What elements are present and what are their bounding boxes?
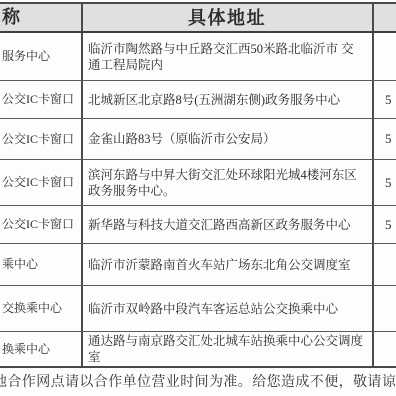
table-row: 换乘中心 通达路与南京路交汇处北城车站换乘中心公交调度室 bbox=[0, 332, 396, 366]
row-name: 公交IC卡窗口 bbox=[0, 119, 83, 159]
table-header-row: 称 具体地址 bbox=[0, 4, 396, 33]
row-phone: 5 bbox=[374, 81, 396, 118]
row-address: 北城新区北京路8号(五洲湖东侧)政务服务中心 bbox=[83, 81, 374, 118]
row-phone bbox=[374, 244, 396, 285]
row-address: 临沂市双岭路中段汽车客运总站公交换乘中心 bbox=[83, 286, 374, 331]
row-address: 临沂市沂蒙路南首火车站广场东北角公交调度室 bbox=[83, 244, 374, 285]
row-name: 服务中心 bbox=[0, 33, 83, 80]
row-phone: 5 bbox=[374, 206, 396, 243]
table-row: 公交IC卡窗口 滨河东路与中昇大街交汇处环球阳光城4楼河东区政务服务中心。 5 bbox=[0, 160, 396, 206]
row-phone: 5 bbox=[374, 160, 396, 205]
row-name: 乘中心 bbox=[0, 244, 83, 285]
row-address: 金雀山路83号（原临沂市公安局） bbox=[83, 119, 374, 159]
row-name: 公交IC卡窗口 bbox=[0, 160, 83, 205]
service-centers-table: 称 具体地址 服务中心 临沂市陶然路与中丘路交汇西50米路北临沂市 交通工程局院… bbox=[0, 2, 396, 368]
table-row: 乘中心 临沂市沂蒙路南首火车站广场东北角公交调度室 bbox=[0, 244, 396, 286]
row-name: 换乘中心 bbox=[0, 332, 83, 366]
row-phone bbox=[374, 332, 396, 366]
table-row: 服务中心 临沂市陶然路与中丘路交汇西50米路北临沂市 交通工程局院内 bbox=[0, 33, 396, 81]
row-address: 新华路与科技大道交汇路西高新区政务服务中心 bbox=[83, 206, 374, 243]
header-name-column: 称 bbox=[0, 4, 83, 31]
row-address: 滨河东路与中昇大街交汇处环球阳光城4楼河东区政务服务中心。 bbox=[83, 160, 374, 205]
footer-note: 地合作网点请以合作单位营业时间为准。给您造成不便，敬请谅解 bbox=[0, 371, 396, 391]
row-name: 公交IC卡窗口 bbox=[0, 206, 83, 243]
table-row: 公交IC卡窗口 北城新区北京路8号(五洲湖东侧)政务服务中心 5 bbox=[0, 81, 396, 119]
table-row: 公交IC卡窗口 金雀山路83号（原临沂市公安局） 5 bbox=[0, 119, 396, 160]
row-name: 交换乘中心 bbox=[0, 286, 83, 331]
table-row: 公交IC卡窗口 新华路与科技大道交汇路西高新区政务服务中心 5 bbox=[0, 206, 396, 244]
header-phone-column bbox=[374, 4, 396, 31]
row-phone bbox=[374, 286, 396, 331]
row-phone bbox=[374, 33, 396, 80]
document-page: 称 具体地址 服务中心 临沂市陶然路与中丘路交汇西50米路北临沂市 交通工程局院… bbox=[0, 0, 396, 396]
row-address: 通达路与南京路交汇处北城车站换乘中心公交调度室 bbox=[83, 332, 374, 366]
row-phone: 5 bbox=[374, 119, 396, 159]
header-address-column: 具体地址 bbox=[83, 4, 374, 31]
row-address: 临沂市陶然路与中丘路交汇西50米路北临沂市 交通工程局院内 bbox=[83, 33, 374, 80]
row-name: 公交IC卡窗口 bbox=[0, 81, 83, 118]
table-row: 交换乘中心 临沂市双岭路中段汽车客运总站公交换乘中心 bbox=[0, 286, 396, 332]
